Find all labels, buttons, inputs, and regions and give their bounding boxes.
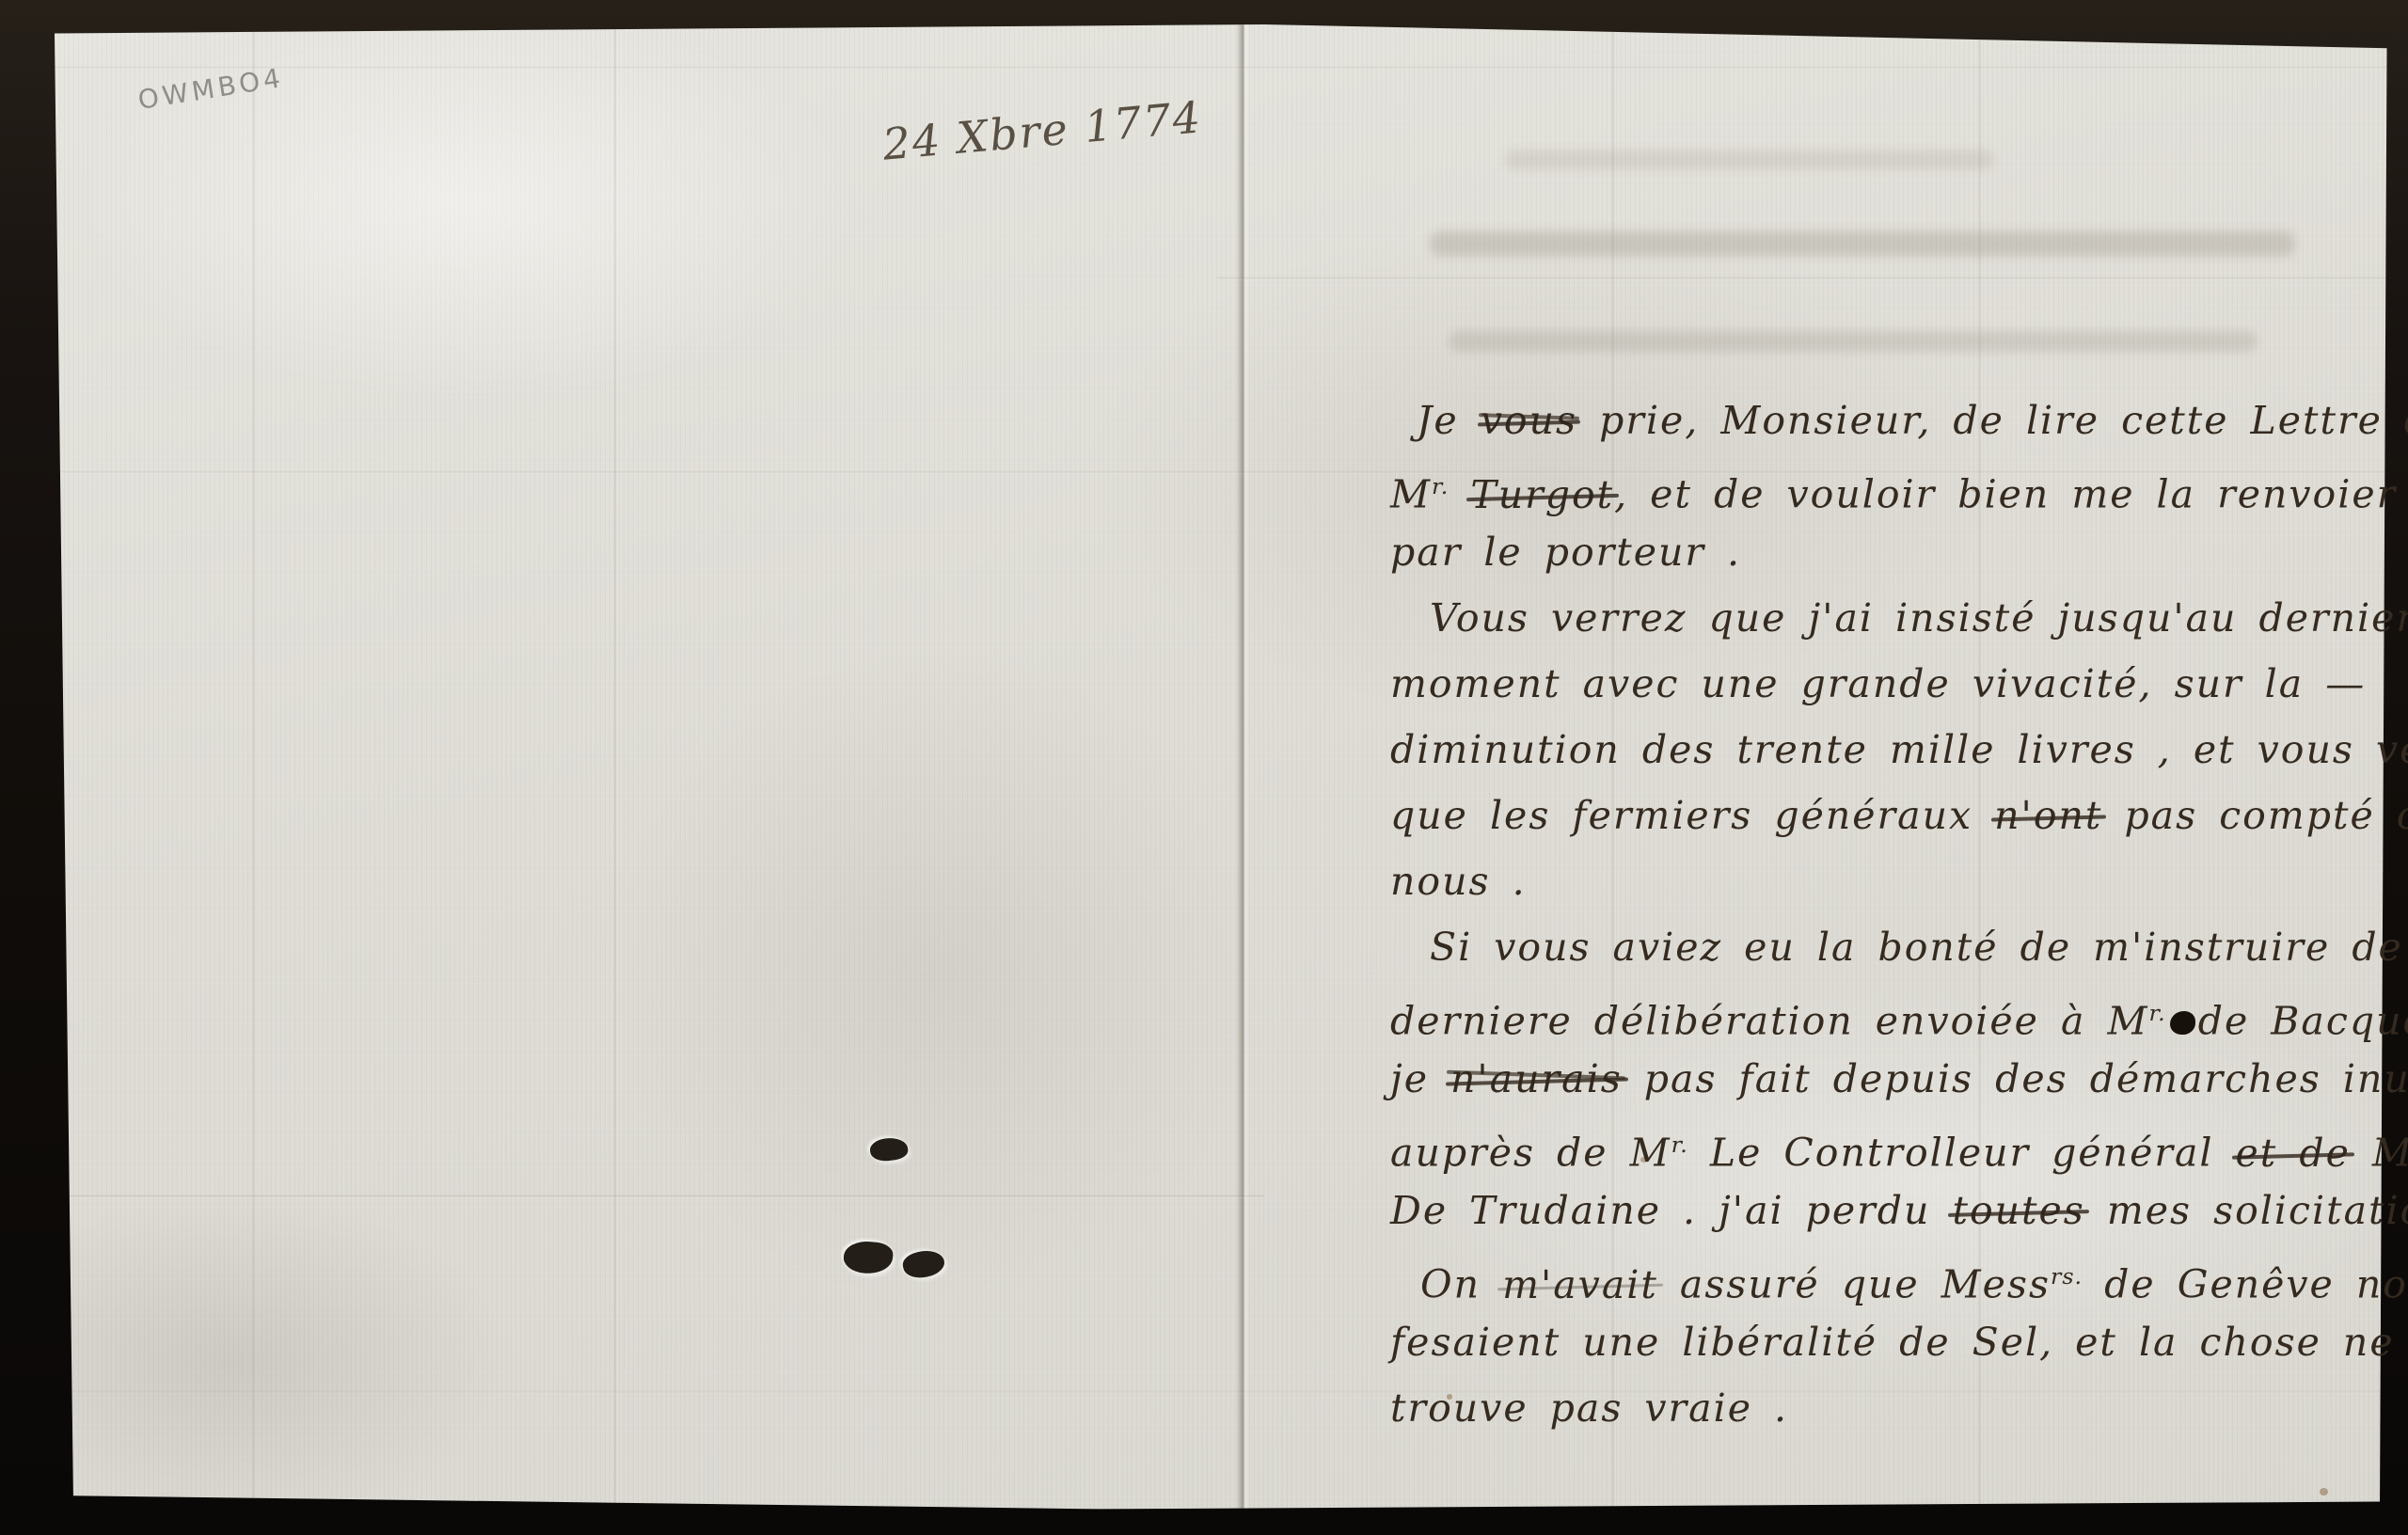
letter-text: Je bbox=[1417, 398, 1481, 443]
fold-line bbox=[252, 24, 258, 1511]
struck-word: et de bbox=[2236, 1131, 2351, 1176]
letter-line: par le porteur . bbox=[1390, 519, 2401, 585]
struck-word: Turgot bbox=[1470, 472, 1614, 517]
fold-line bbox=[1217, 277, 2389, 281]
letter-text: par le porteur . bbox=[1390, 530, 1741, 575]
foxing-speck bbox=[2320, 1488, 2328, 1495]
letter-line: auprès de Mr. Le Controlleur général et … bbox=[1390, 1112, 2401, 1178]
superscript-abbreviation: r. bbox=[1432, 473, 1449, 499]
letter-line: moment avec une grande vivacité, sur la … bbox=[1390, 651, 2401, 717]
letter-text: que les fermiers généraux bbox=[1390, 793, 1994, 838]
letter-line: derniere délibération envoiée à Mr.de Ba… bbox=[1390, 980, 2401, 1046]
letter-line: que les fermiers généraux n'ont pas comp… bbox=[1390, 783, 2401, 848]
letter-line: Mr. Turgot, et de vouloir bien me la ren… bbox=[1390, 453, 2401, 519]
center-fold-line bbox=[1236, 24, 1249, 1511]
letter-body: Je vous prie, Monsieur, de lire cette Le… bbox=[1390, 388, 2401, 1441]
letter-text: moment avec une grande vivacité, sur la … bbox=[1390, 661, 2366, 706]
letter-text: trouve pas vraie . bbox=[1390, 1385, 1788, 1431]
letter-text: de Bacquencourt bbox=[2198, 999, 2408, 1044]
ink-showthrough bbox=[1505, 150, 1994, 169]
letter-text: On bbox=[1420, 1262, 1502, 1307]
letter-line: Je vous prie, Monsieur, de lire cette Le… bbox=[1390, 388, 2401, 453]
struck-word: n'ont bbox=[1994, 793, 2102, 838]
letter-text: derniere délibération envoiée à M bbox=[1390, 999, 2148, 1044]
struck-word: toutes bbox=[1952, 1188, 2084, 1233]
letter-text: De Trudaine . j'ai perdu bbox=[1390, 1188, 1952, 1233]
struck-word: n'aurais bbox=[1450, 1056, 1623, 1101]
letter-line: diminution des trente mille livres , et … bbox=[1390, 717, 2401, 783]
ink-showthrough bbox=[1449, 331, 2257, 352]
letter-text: auprès de M bbox=[1390, 1131, 1671, 1176]
letter-line: trouve pas vraie . bbox=[1390, 1375, 2401, 1441]
photo-of-letter: OWMBO4 24 Xbre 1774 Je vous prie, Monsie… bbox=[0, 0, 2408, 1535]
letter-line: De Trudaine . j'ai perdu toutes mes soli… bbox=[1390, 1178, 2401, 1243]
letter-text: pas fait depuis des démarches inutiles bbox=[1623, 1056, 2408, 1101]
letter-text: pas compté comme bbox=[2102, 793, 2408, 838]
ink-blot bbox=[2170, 1011, 2195, 1035]
fold-line bbox=[613, 24, 619, 1511]
letter-text: je bbox=[1390, 1056, 1450, 1101]
letter-text: de Genêve nous bbox=[2083, 1262, 2408, 1307]
letter-text: M bbox=[2351, 1131, 2408, 1176]
letter-text: fesaient une libéralité de Sel, et la ch… bbox=[1390, 1320, 2408, 1365]
letter-line: On m'avait assuré que Messrs. de Genêve … bbox=[1390, 1243, 2401, 1309]
superscript-abbreviation: r. bbox=[1671, 1131, 1688, 1158]
letter-text: mes solicitations. bbox=[2085, 1188, 2408, 1233]
letter-text: assuré que Mess bbox=[1658, 1262, 2051, 1307]
letter-text: Le Controlleur général bbox=[1688, 1131, 2236, 1176]
letter-text: Si vous aviez eu la bonté de m'instruire… bbox=[1430, 925, 2408, 970]
letter-text bbox=[1449, 472, 1470, 517]
letter-line: nous . bbox=[1390, 848, 2401, 914]
letter-line: Si vous aviez eu la bonté de m'instruire… bbox=[1390, 914, 2401, 980]
letter-line: je n'aurais pas fait depuis des démarche… bbox=[1390, 1046, 2401, 1112]
letter-text: prie, Monsieur, de lire cette Lettre de bbox=[1577, 398, 2408, 443]
letter-line: fesaient une libéralité de Sel, et la ch… bbox=[1390, 1309, 2401, 1375]
superscript-abbreviation: rs. bbox=[2051, 1263, 2083, 1290]
letter-text: M bbox=[1390, 472, 1432, 517]
letter-text: Vous verrez que j'ai insisté jusqu'au de… bbox=[1430, 595, 2408, 641]
ink-showthrough bbox=[1430, 231, 2295, 256]
fold-line bbox=[45, 66, 2389, 71]
struck-word: vous bbox=[1481, 398, 1577, 443]
letter-text: nous . bbox=[1390, 859, 1527, 904]
fold-line bbox=[45, 1195, 1264, 1199]
letter-text: diminution des trente mille livres , et … bbox=[1390, 727, 2408, 772]
struck-word: m'avait bbox=[1502, 1262, 1658, 1307]
letter-line: Vous verrez que j'ai insisté jusqu'au de… bbox=[1390, 585, 2401, 651]
superscript-abbreviation: r. bbox=[2148, 1000, 2165, 1026]
letter-text: , et de vouloir bien me la renvoier bbox=[1614, 472, 2397, 517]
